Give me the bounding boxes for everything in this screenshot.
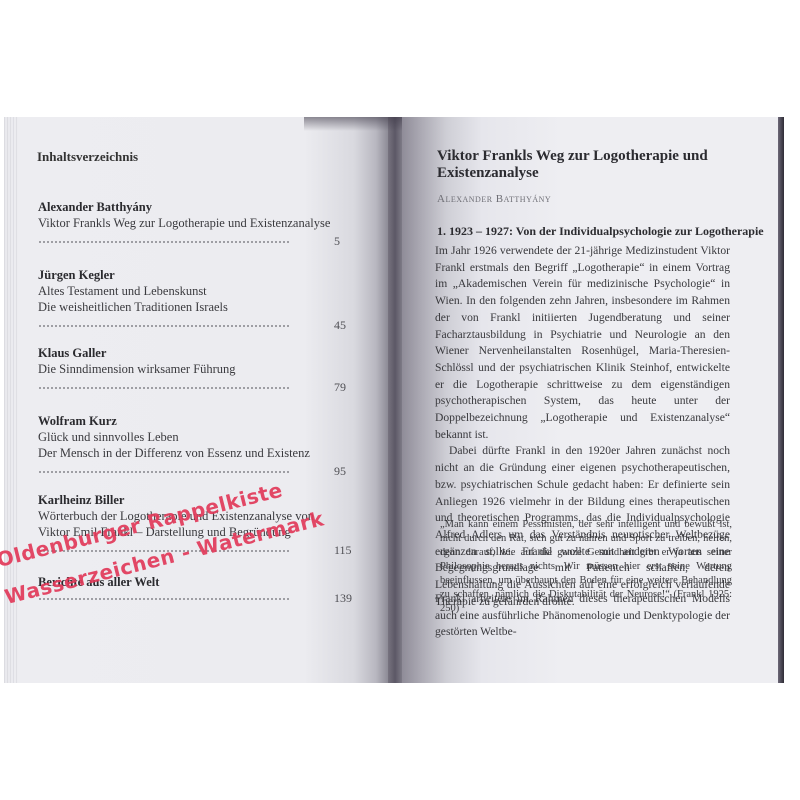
chapter-author: Alexander Batthyány xyxy=(437,193,551,205)
toc-leader: 115 xyxy=(38,540,348,556)
toc-author: Klaus Galler xyxy=(38,345,348,361)
paragraph: Frankl arbeitete im Rahmen dieses therap… xyxy=(435,591,730,641)
chapter-title: Viktor Frankls Weg zur Logotherapie und … xyxy=(437,148,747,182)
toc-page-number: 139 xyxy=(334,590,352,606)
toc-title-line: Viktor Emil Frankl – Darstellung und Beg… xyxy=(38,524,348,540)
toc-author: Alexander Batthyány xyxy=(38,199,348,215)
left-page: Inhaltsverzeichnis Alexander Batthyány V… xyxy=(4,117,388,683)
toc-page-number: 79 xyxy=(334,379,346,395)
toc-entry: Jürgen Kegler Altes Testament und Lebens… xyxy=(38,267,348,331)
dot-leader xyxy=(38,387,290,389)
toc-author: Karlheinz Biller xyxy=(38,492,348,508)
toc-author: Jürgen Kegler xyxy=(38,267,348,283)
toc-title-line: Glück und sinnvolles Leben xyxy=(38,429,348,445)
page-edge xyxy=(778,117,784,683)
toc-title-line: Die weisheitlichen Traditionen Israels xyxy=(38,299,348,315)
toc-author: Wolfram Kurz xyxy=(38,413,348,429)
toc-entry: Berichte aus aller Welt 139 xyxy=(38,574,348,604)
book-spine xyxy=(388,117,402,683)
dot-leader xyxy=(38,598,290,600)
toc-title-line: Der Mensch in der Differenz von Essenz u… xyxy=(38,445,348,461)
toc-entry: Wolfram Kurz Glück und sinnvolles Leben … xyxy=(38,413,348,477)
toc-leader: 79 xyxy=(38,377,348,393)
toc-entry: Klaus Galler Die Sinndimension wirksamer… xyxy=(38,345,348,393)
toc-title-line: Altes Testament und Lebenskunst xyxy=(38,283,348,299)
dot-leader xyxy=(38,550,290,552)
toc-entry: Karlheinz Biller Wörterbuch der Logother… xyxy=(38,492,348,556)
toc-entry: Alexander Batthyány Viktor Frankls Weg z… xyxy=(38,199,348,247)
toc-leader: 45 xyxy=(38,315,348,331)
toc-page-number: 95 xyxy=(334,463,346,479)
toc-leader: 5 xyxy=(38,231,348,247)
paragraph-text: Im Jahr 1926 verwendete der 21-jährige M… xyxy=(435,243,730,443)
dot-leader xyxy=(38,241,290,243)
dot-leader xyxy=(38,471,290,473)
toc-title-line: Viktor Frankls Weg zur Logotherapie und … xyxy=(38,215,348,231)
toc-page-number: 45 xyxy=(334,317,346,333)
section-heading: 1. 1923 – 1927: Von der Individualpsycho… xyxy=(437,224,764,239)
toc-title-line: Wörterbuch der Logotherapie und Existenz… xyxy=(38,508,348,524)
toc-leader: 139 xyxy=(38,588,348,604)
toc-title-line: Die Sinndimension wirksamer Führung xyxy=(38,361,348,377)
toc-page-number: 5 xyxy=(334,233,340,249)
toc-page-number: 115 xyxy=(334,542,352,558)
dot-leader xyxy=(38,325,290,327)
toc-heading: Inhaltsverzeichnis xyxy=(37,149,138,165)
toc-leader: 95 xyxy=(38,461,348,477)
